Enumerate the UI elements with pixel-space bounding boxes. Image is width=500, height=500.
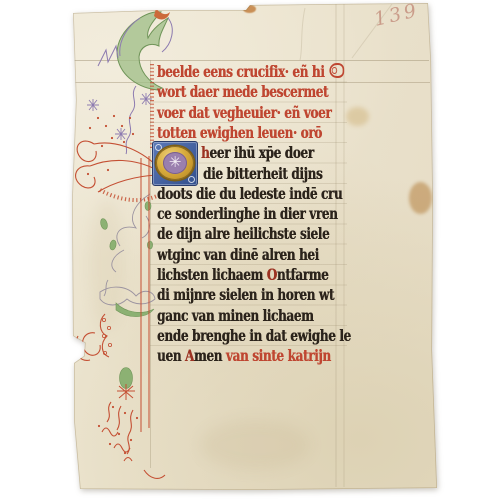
text-segment: O	[267, 265, 277, 284]
text-segment: uen	[157, 346, 185, 365]
manuscript-text-line: die bitterheit dijns	[203, 164, 322, 184]
text-segment: van sinte katrijn	[226, 346, 331, 365]
manuscript-text-line: uen Amen van sinte katrijn	[157, 346, 331, 366]
text-segment: wtginc van dinē alren hei	[157, 245, 319, 264]
manuscript-text-line: ende brenghe in dat ewighe le	[157, 326, 351, 346]
text-segment: men	[194, 346, 226, 365]
manuscript-text-line: lichsten lichaem Ontfarme	[157, 265, 328, 285]
manuscript-text-line: doots die du ledeste indē cru	[157, 184, 342, 204]
text-segment: lichsten lichaem	[157, 265, 267, 284]
text-segment: ce sonderlinghe in dier vren	[157, 204, 337, 223]
manuscript-text-line: di mijnre sielen in horen wt	[157, 285, 334, 305]
text-segment: wort daer mede bescermet	[157, 82, 328, 101]
manuscript-text-line: wort daer mede bescermet	[157, 82, 328, 102]
text-segment: ntfarme	[277, 265, 329, 284]
text-segment: h	[201, 143, 209, 162]
text-segment: di mijnre sielen in horen wt	[157, 285, 334, 304]
manuscript-text-line: wtginc van dinē alren hei	[157, 245, 319, 265]
manuscript-text-line: ce sonderlinghe in dier vren	[157, 204, 337, 224]
manuscript-text-line: heer ihū xp̄e doer	[201, 143, 314, 163]
text-block: beelde eens crucifix· eñ hiwort daer med…	[0, 0, 500, 500]
text-segment: die bitterheit dijns	[203, 164, 322, 183]
manuscript-text-line: ganc van minen lichaem	[157, 306, 313, 326]
text-segment: beelde eens crucifix· eñ hi	[157, 62, 324, 81]
rubric-line-filler-icon	[329, 63, 344, 78]
text-segment: voer dat vegheuier· eñ voer	[157, 103, 331, 122]
manuscript-text-line: totten ewighen leuen· orō	[157, 123, 322, 143]
text-segment: de dijn alre heilichste siele	[157, 224, 329, 243]
text-segment: ende brenghe in dat ewighe le	[157, 326, 351, 345]
text-segment: eer ihū xp̄e doer	[209, 143, 313, 162]
text-segment: doots die du ledeste indē cru	[157, 184, 342, 203]
manuscript-text-line: de dijn alre heilichste siele	[157, 224, 329, 244]
manuscript-text-line: voer dat vegheuier· eñ voer	[157, 103, 331, 123]
leaf-shadow: 139 O ✳ beelde eens crucifix· eñ hiwort …	[0, 0, 500, 500]
text-segment: A	[185, 346, 194, 365]
manuscript-text-line: beelde eens crucifix· eñ hi	[157, 62, 344, 82]
text-segment: totten ewighen leuen· orō	[157, 123, 322, 142]
photo-canvas: 139 O ✳ beelde eens crucifix· eñ hiwort …	[0, 0, 500, 500]
manuscript-leaf: 139 O ✳ beelde eens crucifix· eñ hiwort …	[0, 0, 500, 500]
text-segment: ganc van minen lichaem	[157, 306, 313, 325]
